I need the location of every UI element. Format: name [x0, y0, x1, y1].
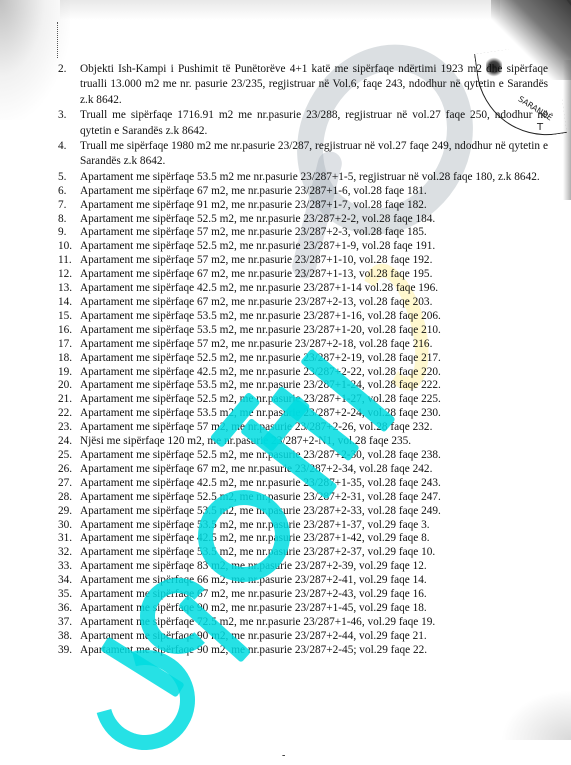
page-mark: -: [282, 750, 285, 761]
list-item: 2.Objekti Ish-Kampi i Pushimit të Punëto…: [58, 62, 548, 108]
item-text: Truall me sipërfaqe 1980 m2 me nr.pasuri…: [80, 139, 548, 170]
item-number: 3.: [58, 108, 80, 139]
margin-dots: [57, 22, 61, 58]
item-text: Truall me sipërfaqe 1716.91 m2 me nr.pas…: [80, 108, 548, 139]
item-text: Objekti Ish-Kampi i Pushimit të Punëtorë…: [80, 62, 548, 108]
item-number: 39.: [58, 643, 80, 658]
list-item: 3.Truall me sipërfaqe 1716.91 m2 me nr.p…: [58, 108, 548, 139]
item-number: 4.: [58, 139, 80, 170]
scan-shadow-top: [60, 0, 500, 20]
scan-speckle: [501, 690, 571, 740]
cyan-ring-stroke: [198, 490, 290, 582]
item-number: 2.: [58, 62, 80, 108]
list-item: 4.Truall me sipërfaqe 1980 m2 me nr.pasu…: [58, 139, 548, 170]
